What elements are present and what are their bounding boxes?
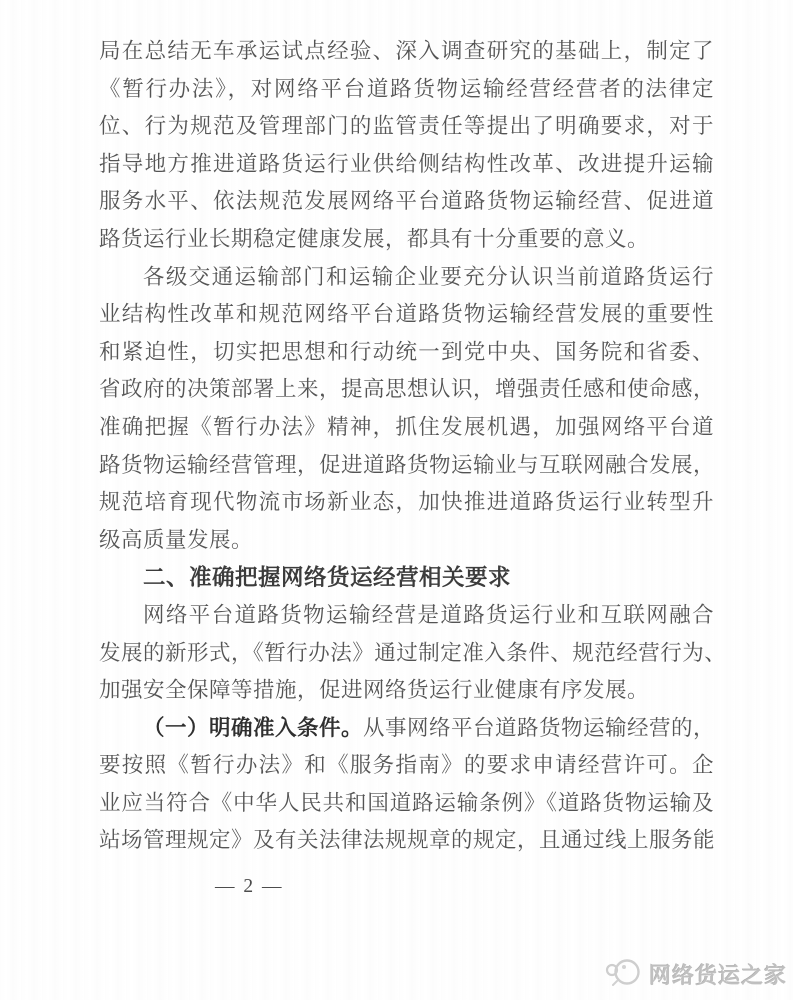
text-line: 级高质量发展。	[99, 522, 714, 560]
text-line: 路货物运输经营管理，促进道路货物运输业与互联网融合发展，	[99, 447, 714, 485]
text-line: 《暂行办法》，对网络平台道路货物运输经营经营者的法律定	[99, 71, 714, 109]
line-text: 从事网络平台道路货物运输经营的，	[363, 716, 714, 740]
chat-bubble-icon	[603, 955, 643, 994]
text-line: 服务水平、依法规范发展网络平台道路货物运输经营、促进道	[99, 183, 714, 221]
text-line: 业结构性改革和规范网络平台道路货物运输经营发展的重要性	[99, 296, 714, 334]
bold-lead-text: （一）明确准入条件。	[143, 716, 363, 740]
page-number: — 2 —	[99, 876, 714, 898]
text-line: 规范培育现代物流市场新业态，加快推进道路货运行业转型升	[99, 484, 714, 522]
document-body: 局在总结无车承运试点经验、深入调查研究的基础上，制定了《暂行办法》，对网络平台道…	[0, 0, 793, 898]
text-line: 局在总结无车承运试点经验、深入调查研究的基础上，制定了	[99, 33, 714, 71]
document-page: 局在总结无车承运试点经验、深入调查研究的基础上，制定了《暂行办法》，对网络平台道…	[0, 0, 793, 1000]
text-line: 指导地方推进道路货运行业供给侧结构性改革、改进提升运输	[99, 146, 714, 184]
text-line: 发展的新形式，《暂行办法》通过制定准入条件、规范经营行为、	[99, 635, 714, 673]
text-line: 业应当符合《中华人民共和国道路运输条例》《道路货物运输及	[99, 785, 714, 823]
text-line: 准确把握《暂行办法》精神，抓住发展机遇，加强网络平台道	[99, 409, 714, 447]
text-line: 加强安全保障等措施，促进网络货运行业健康有序发展。	[99, 672, 714, 710]
watermark: 网络货运之家	[603, 955, 787, 994]
text-line: 和紧迫性，切实把思想和行动统一到党中央、国务院和省委、	[99, 334, 714, 372]
text-line: 路货运行业长期稳定健康发展，都具有十分重要的意义。	[99, 221, 714, 259]
text-line: 站场管理规定》及有关法律法规规章的规定，且通过线上服务能	[99, 822, 714, 860]
section-heading: 二、准确把握网络货运经营相关要求	[99, 559, 714, 597]
document-lines: 局在总结无车承运试点经验、深入调查研究的基础上，制定了《暂行办法》，对网络平台道…	[99, 33, 714, 860]
text-line: 各级交通运输部门和运输企业要充分认识当前道路货运行	[99, 259, 714, 297]
text-line: 网络平台道路货物运输经营是道路货运行业和互联网融合	[99, 597, 714, 635]
watermark-label: 网络货运之家	[649, 959, 787, 990]
text-line: 要按照《暂行办法》和《服务指南》的要求申请经营许可。企	[99, 747, 714, 785]
text-line: 位、行为规范及管理部门的监管责任等提出了明确要求，对于	[99, 108, 714, 146]
text-line: 省政府的决策部署上来，提高思想认识，增强责任感和使命感，	[99, 371, 714, 409]
text-line: （一）明确准入条件。从事网络平台道路货物运输经营的，	[99, 710, 714, 748]
